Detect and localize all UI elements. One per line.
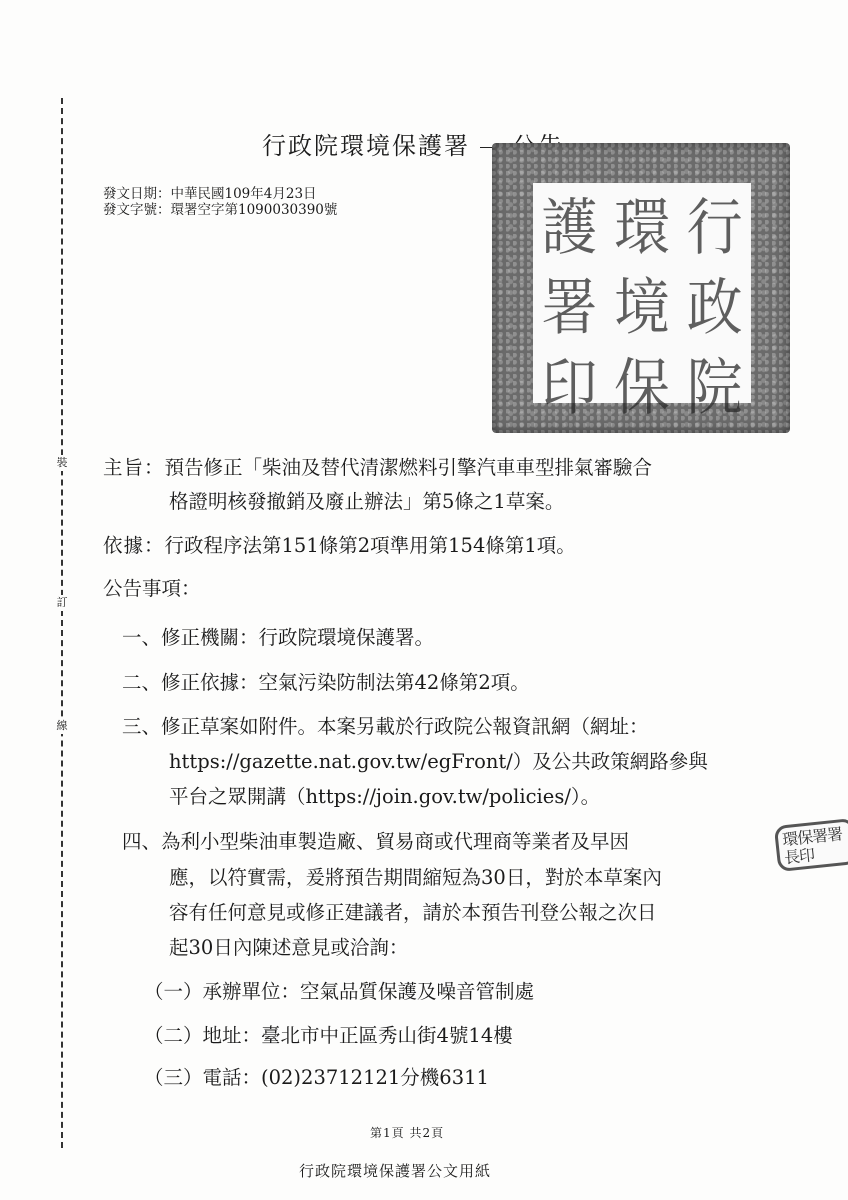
seal-char: 政 (678, 259, 751, 347)
item-4-line-4: 起30日內陳述意見或洽詢： (169, 932, 408, 960)
item-prefix: 三、 (122, 715, 161, 738)
announcement-label: 公告事項： (103, 573, 201, 601)
sub-item-prefix: （一） (144, 980, 203, 1003)
seal-char: 行 (678, 179, 751, 267)
item-text: 修正機關：行政院環境保護署。 (161, 626, 434, 649)
doc-number-row: 發文字號：環署空字第1090030390號 (103, 202, 337, 218)
item-prefix: 二、 (122, 671, 161, 694)
official-seal: 行 環 護 政 境 署 院 保 印 (492, 143, 790, 433)
seal-char: 環 (606, 179, 679, 267)
seal-char: 境 (606, 259, 679, 347)
item-4-line-2: 應，以符實需，爰將預告期間縮短為30日，對於本草案內 (169, 862, 662, 890)
subject-line-1: 主旨：預告修正「柴油及替代清潔燃料引擎汽車車型排氣審驗合 (103, 452, 652, 480)
item-text: 為利小型柴油車製造廠、貿易商或代理商等業者及早因 (161, 830, 629, 853)
seal-char: 護 (533, 179, 606, 267)
seal-char: 署 (533, 259, 606, 347)
basis: 依據：行政程序法第151條第2項準用第154條第1項。 (103, 530, 576, 558)
sub-item-text: 承辦單位：空氣品質保護及噪音管制處 (203, 980, 535, 1003)
basis-label: 依據： (103, 534, 165, 557)
agency-name: 行政院環境保護署 (262, 132, 470, 160)
subject-text-1: 預告修正「柴油及替代清潔燃料引擎汽車車型排氣審驗合 (165, 456, 653, 479)
basis-text: 行政程序法第151條第2項準用第154條第1項。 (165, 534, 576, 557)
item-3-line-2: https://gazette.nat.gov.tw/egFront/）及公共政… (169, 746, 708, 774)
seal-char: 保 (606, 339, 679, 427)
sub-item-prefix: （二） (144, 1024, 203, 1047)
binding-mark-zhuang: 裝 (52, 455, 72, 471)
seal-char: 印 (533, 339, 606, 427)
binding-line (61, 98, 63, 1148)
sub-item-2: （二）地址：臺北市中正區秀山街4號14樓 (144, 1020, 513, 1048)
binding-mark-xian: 線 (52, 718, 72, 734)
item-3-line-3: 平台之眾開講（https://join.gov.tw/policies/）。 (169, 781, 600, 809)
item-4-line-3: 容有任何意見或修正建議者，請於本預告刊登公報之次日 (169, 897, 657, 925)
item-prefix: 一、 (122, 626, 161, 649)
item-2: 二、修正依據：空氣污染防制法第42條第2項。 (122, 667, 530, 695)
seal-char: 院 (678, 339, 751, 427)
issue-date: 中華民國109年4月23日 (171, 186, 317, 202)
item-prefix: 四、 (122, 830, 161, 853)
binding-mark-ding: 訂 (52, 595, 72, 611)
item-4-line-1: 四、為利小型柴油車製造廠、貿易商或代理商等業者及早因 (122, 826, 629, 854)
small-seal: 環保署署長印 (774, 818, 848, 872)
document-meta: 發文日期：中華民國109年4月23日 發文字號：環署空字第1090030390號 (103, 186, 337, 218)
sub-item-1: （一）承辦單位：空氣品質保護及噪音管制處 (144, 976, 534, 1004)
sub-item-prefix: （三） (144, 1066, 203, 1089)
footer-letterhead: 行政院環境保護署公文用紙 (299, 1160, 491, 1181)
seal-inner: 行 環 護 政 境 署 院 保 印 (533, 183, 751, 403)
sub-item-text: 電話：(02)23712121分機6311 (203, 1066, 489, 1089)
sub-item-text: 地址：臺北市中正區秀山街4號14樓 (203, 1024, 513, 1047)
item-text: 修正依據：空氣污染防制法第42條第2項。 (161, 671, 530, 694)
subject-label: 主旨： (103, 456, 165, 479)
subject-line-2: 格證明核發撤銷及廢止辦法」第5條之1草案。 (169, 486, 564, 514)
doc-number-label: 發文字號： (103, 202, 171, 218)
item-3-line-1: 三、修正草案如附件。本案另載於行政院公報資訊網（網址： (122, 711, 649, 739)
item-text: 修正草案如附件。本案另載於行政院公報資訊網（網址： (161, 715, 649, 738)
item-1: 一、修正機關：行政院環境保護署。 (122, 622, 434, 650)
page-indicator: 第1頁 共2頁 (370, 1124, 444, 1141)
issue-date-row: 發文日期：中華民國109年4月23日 (103, 186, 337, 202)
issue-date-label: 發文日期： (103, 186, 171, 202)
doc-number: 環署空字第1090030390號 (171, 202, 338, 218)
sub-item-3: （三）電話：(02)23712121分機6311 (144, 1062, 489, 1090)
